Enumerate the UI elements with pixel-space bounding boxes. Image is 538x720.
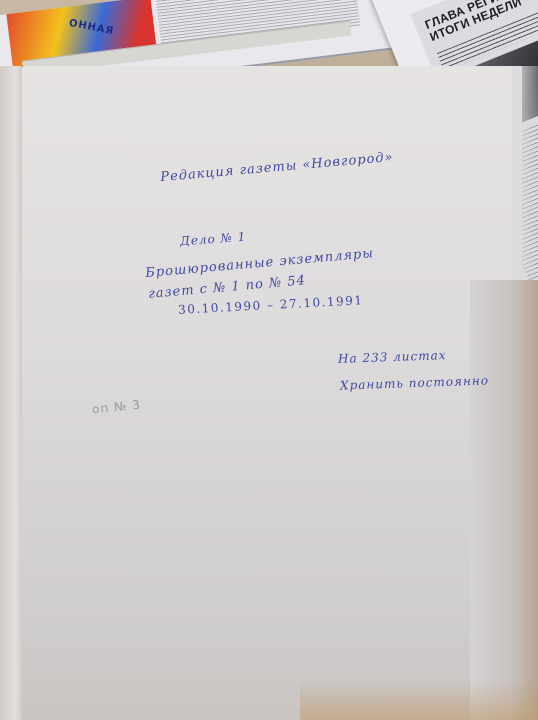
folder-edge-shadow bbox=[470, 280, 538, 720]
folder-spine bbox=[0, 66, 24, 720]
folder-bottom-stain bbox=[300, 680, 538, 720]
magazine-cover-text: ОННАЯ bbox=[68, 18, 115, 38]
